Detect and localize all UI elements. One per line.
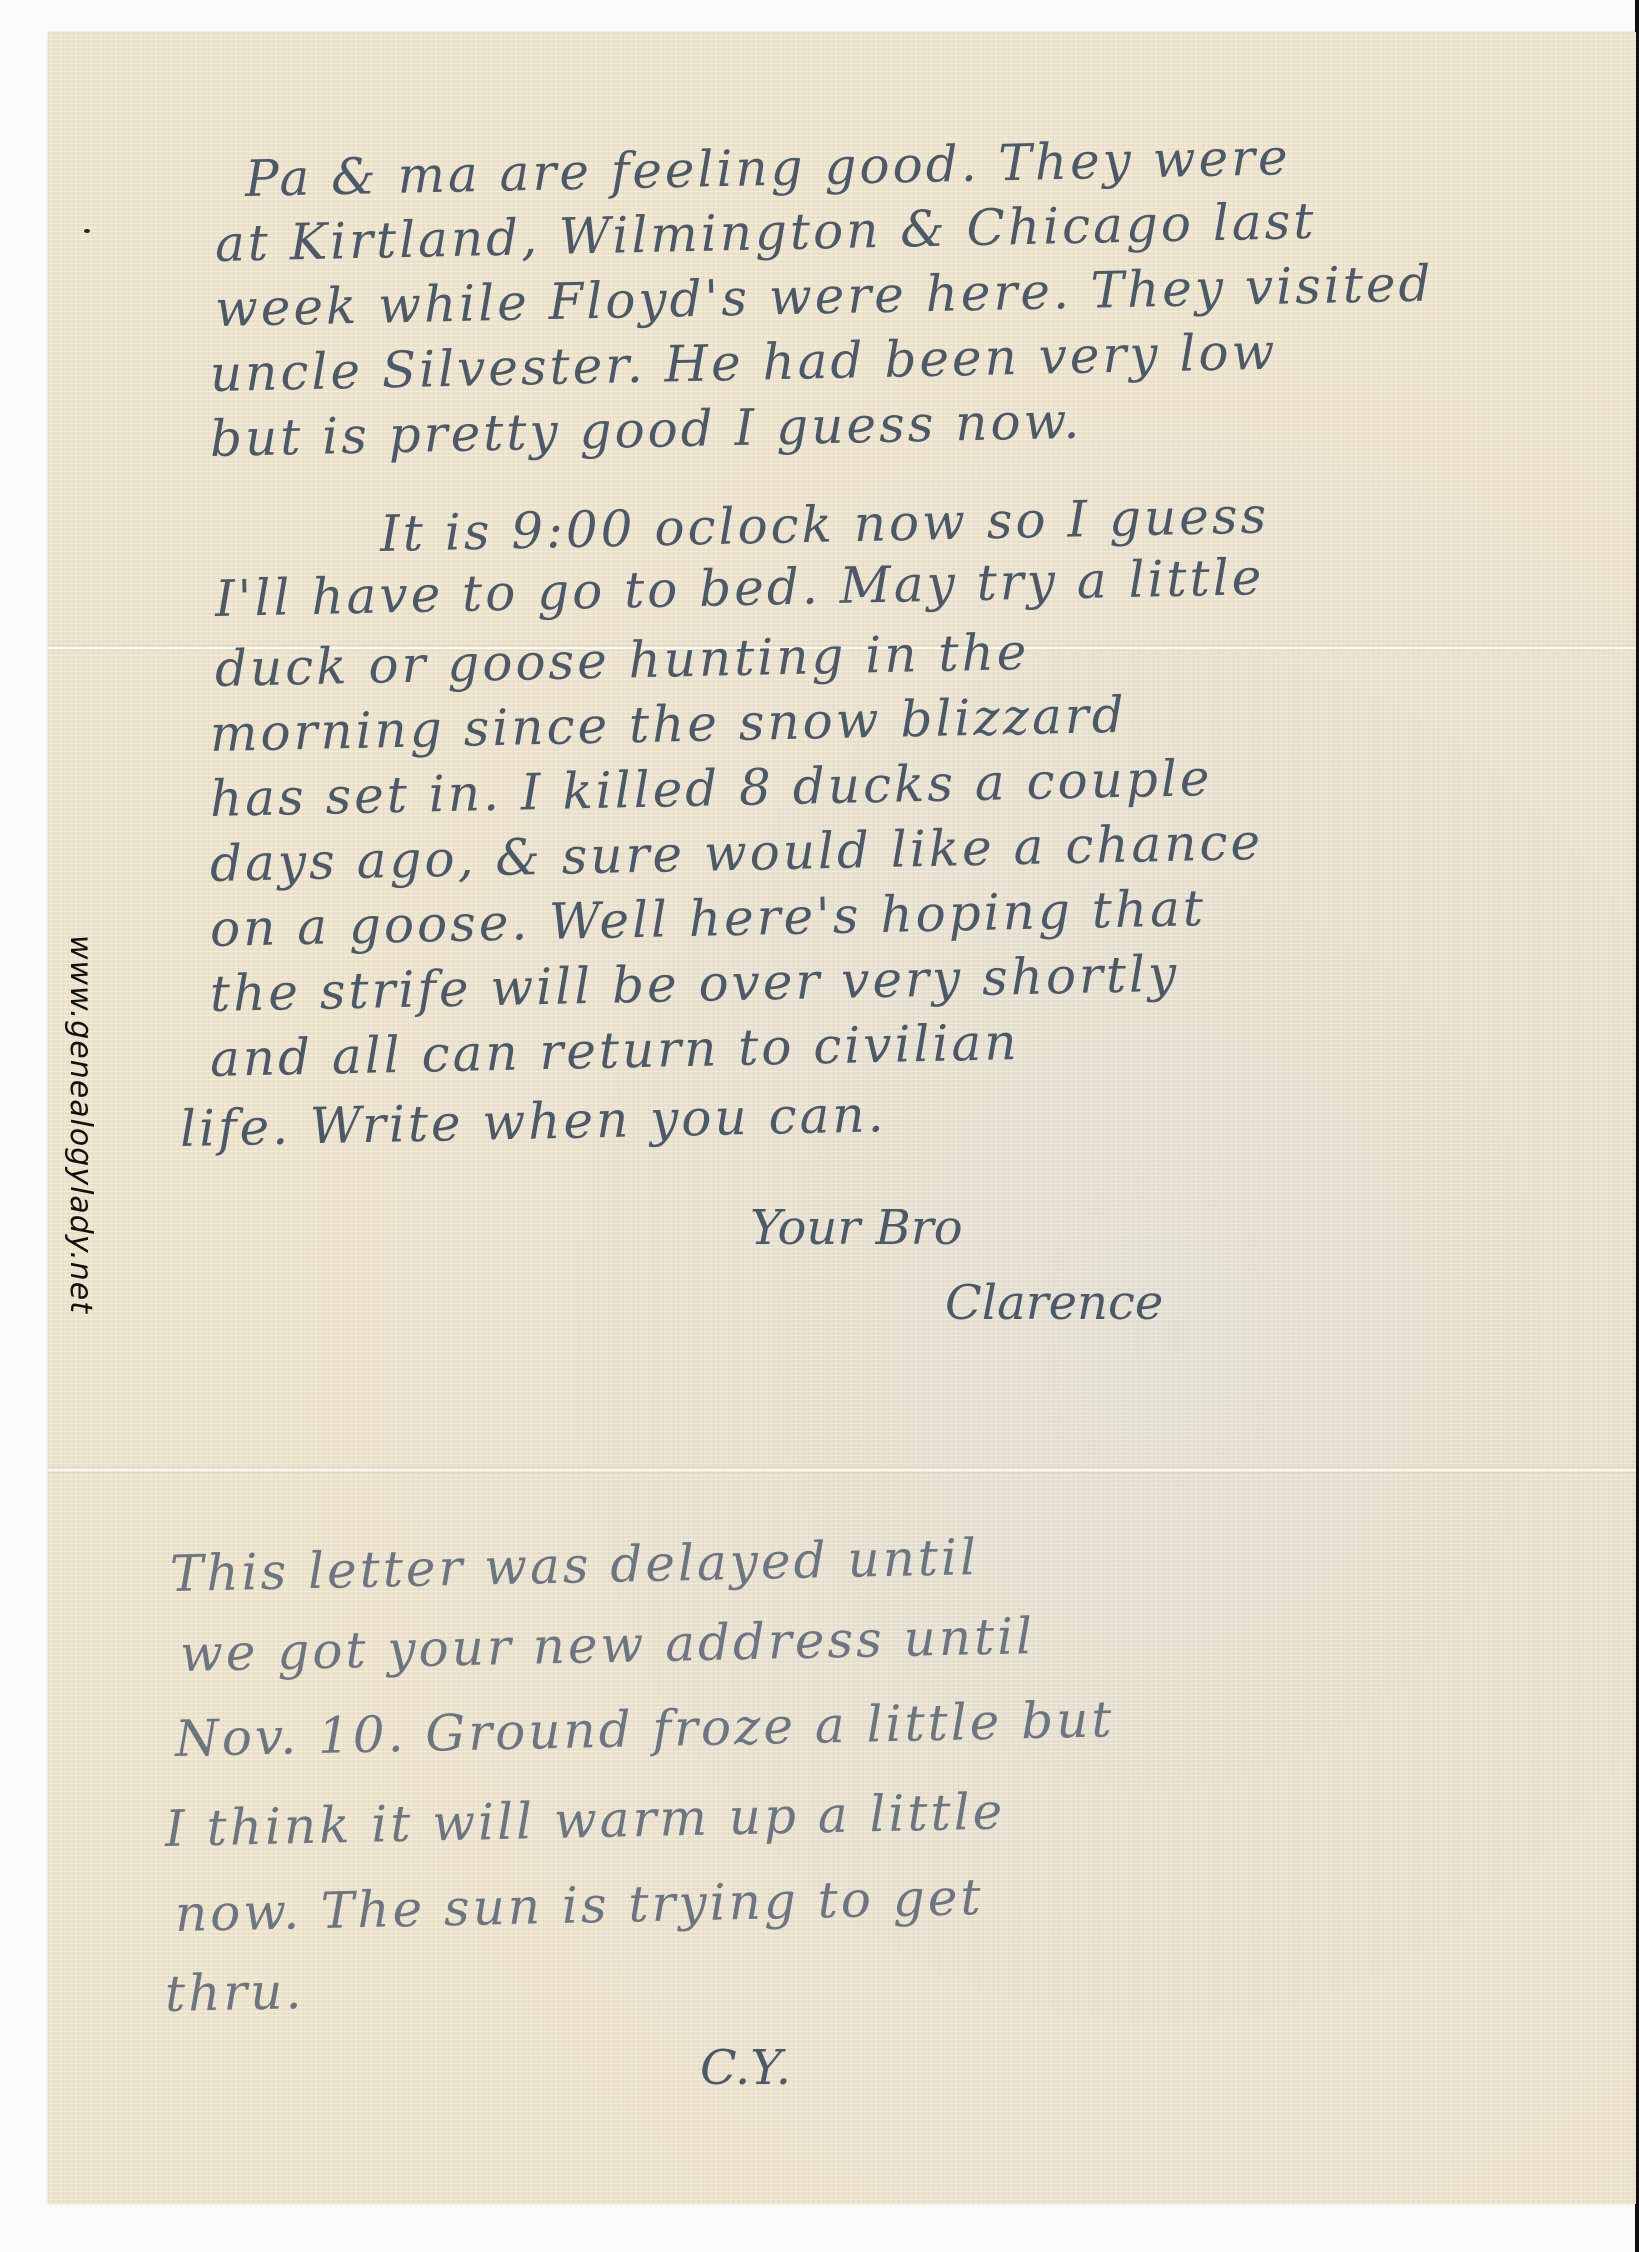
fold-line-lower [48, 1467, 1636, 1473]
postscript-line: thru. [164, 1962, 304, 2023]
postscript-initials: C.Y. [700, 2040, 791, 2096]
letter-closing: Your Bro [750, 1200, 963, 1256]
watermark: www.genealogylady.net [58, 935, 98, 1355]
ink-spot [84, 229, 90, 233]
letter-signature: Clarence [945, 1275, 1163, 1331]
